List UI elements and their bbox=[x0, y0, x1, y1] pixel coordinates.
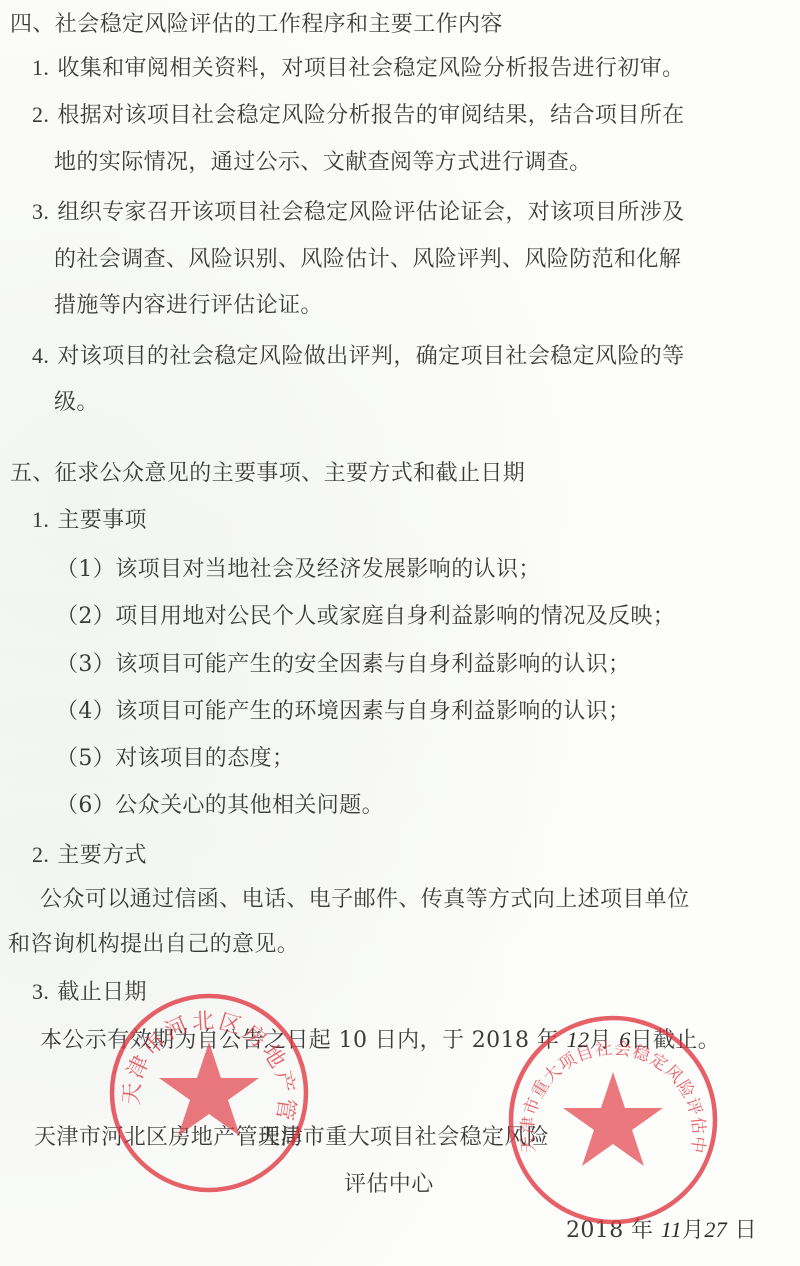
item-text: 项目用地对公民个人或家庭自身利益影响的情况及反映； bbox=[115, 604, 675, 629]
seal-icon: 天津市河北区房地产管理局 bbox=[106, 990, 312, 1196]
subsection-title: 截止日期 bbox=[57, 980, 147, 1005]
methods-paragraph-continued: 和咨询机构提出自己的意见。 bbox=[8, 931, 299, 959]
handwritten-day: 6 bbox=[619, 1027, 630, 1052]
item-number: 2. bbox=[32, 101, 49, 129]
matter-item-5: （5）对该项目的态度； bbox=[56, 745, 294, 773]
date-year: 2018 年 bbox=[566, 1218, 653, 1243]
section-4-item-4: 4.对该项目的社会稳定风险做出评判，确定项目社会稳定风险的等 bbox=[32, 342, 685, 371]
deadline-text: 本公示有效期为自公告之日起 10 日内，于 2018 年 bbox=[40, 1028, 559, 1053]
section-5-heading: 五、征求公众意见的主要事项、主要方式和截止日期 bbox=[10, 460, 525, 488]
deadline-sentence: 本公示有效期为自公告之日起 10 日内，于 2018 年 12月 6日截止。 bbox=[40, 1026, 720, 1055]
month-label: 月 bbox=[682, 1218, 704, 1243]
month-label: 月 bbox=[589, 1028, 611, 1053]
item-text: 该项目对当地社会及经济发展影响的认识； bbox=[115, 557, 541, 582]
item-number: 2. bbox=[32, 841, 49, 869]
item-text: 该项目可能产生的安全因素与自身利益影响的认识； bbox=[115, 652, 630, 677]
item-number: 1. bbox=[32, 54, 49, 82]
item-number: 4. bbox=[32, 342, 49, 370]
matter-item-3: （3）该项目可能产生的安全因素与自身利益影响的认识； bbox=[56, 651, 630, 679]
section-4-heading: 四、社会稳定风险评估的工作程序和主要工作内容 bbox=[10, 11, 503, 39]
section-4-item-2: 2.根据对该项目社会稳定风险分析报告的审阅结果，结合项目所在 bbox=[32, 101, 685, 130]
handwritten-month: 12 bbox=[567, 1027, 590, 1052]
item-number: 1. bbox=[32, 506, 49, 534]
section-4-item-2-continued: 地的实际情况，通过公示、文献查阅等方式进行调查。 bbox=[54, 149, 592, 177]
item-number: （4） bbox=[56, 699, 115, 724]
item-text: 该项目可能产生的环境因素与自身利益影响的认识； bbox=[115, 699, 630, 724]
item-number: （2） bbox=[56, 604, 115, 629]
official-seal-housing-bureau: 天津市河北区房地产管理局 bbox=[106, 990, 312, 1196]
section-4-item-4-continued: 级。 bbox=[54, 389, 99, 417]
item-number: （5） bbox=[56, 746, 115, 771]
signature-org-risk-center: 天津市重大项目社会稳定风险 bbox=[258, 1124, 549, 1152]
item-number: （1） bbox=[56, 557, 115, 582]
methods-paragraph: 公众可以通过信函、电话、电子邮件、传真等方式向上述项目单位 bbox=[40, 886, 690, 914]
item-number: （3） bbox=[56, 652, 115, 677]
section-4-item-1: 1.收集和审阅相关资料，对项目社会稳定风险分析报告进行初审。 bbox=[32, 54, 685, 83]
section-4-item-3-continued: 的社会调查、风险识别、风险估计、风险评判、风险防范和化解 bbox=[54, 246, 681, 274]
deadline-suffix: 日截止。 bbox=[631, 1028, 721, 1053]
section-4-item-3-continued: 措施等内容进行评估论证。 bbox=[54, 292, 323, 320]
item-number: 3. bbox=[32, 198, 49, 226]
handwritten-month: 11 bbox=[661, 1217, 682, 1242]
item-text: 对该项目的态度； bbox=[115, 746, 294, 771]
matter-item-2: （2）项目用地对公民个人或家庭自身利益影响的情况及反映； bbox=[56, 603, 675, 631]
matter-item-4: （4）该项目可能产生的环境因素与自身利益影响的认识； bbox=[56, 698, 630, 726]
svg-text:天津市河北区房地产管理局: 天津市河北区房地产管理局 bbox=[106, 990, 299, 1125]
item-number: （6） bbox=[56, 793, 115, 818]
day-label: 日 bbox=[735, 1218, 757, 1243]
subsection-title: 主要事项 bbox=[57, 508, 147, 533]
signature-date: 2018 年 11月27 日 bbox=[566, 1216, 757, 1245]
matter-item-1: （1）该项目对当地社会及经济发展影响的认识； bbox=[56, 556, 541, 584]
subsection-main-items: 1.主要事项 bbox=[32, 506, 147, 535]
item-text: 公众关心的其他相关问题。 bbox=[115, 793, 384, 818]
subsection-title: 主要方式 bbox=[57, 843, 147, 868]
handwritten-day: 27 bbox=[704, 1217, 727, 1242]
item-text: 组织专家召开该项目社会稳定风险评估论证会，对该项目所涉及 bbox=[57, 200, 684, 225]
item-text: 对该项目的社会稳定风险做出评判，确定项目社会稳定风险的等 bbox=[57, 344, 684, 369]
subsection-main-methods: 2.主要方式 bbox=[32, 841, 147, 870]
matter-item-6: （6）公众关心的其他相关问题。 bbox=[56, 792, 384, 820]
document-page: 四、社会稳定风险评估的工作程序和主要工作内容 1.收集和审阅相关资料，对项目社会… bbox=[0, 0, 800, 1266]
section-4-item-3: 3.组织专家召开该项目社会稳定风险评估论证会，对该项目所涉及 bbox=[32, 198, 685, 227]
item-number: 3. bbox=[32, 978, 49, 1006]
item-text: 根据对该项目社会稳定风险分析报告的审阅结果，结合项目所在 bbox=[57, 103, 684, 128]
subsection-deadline: 3.截止日期 bbox=[32, 978, 147, 1007]
item-text: 收集和审阅相关资料，对项目社会稳定风险分析报告进行初审。 bbox=[57, 56, 684, 81]
signature-org-risk-center-continued: 评估中心 bbox=[344, 1171, 434, 1199]
